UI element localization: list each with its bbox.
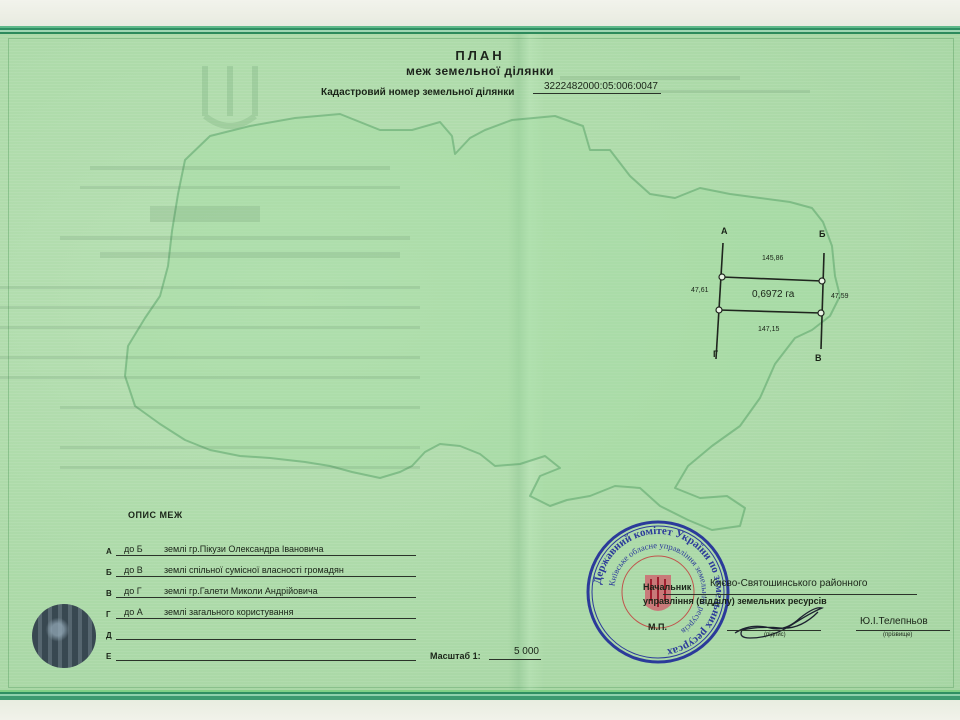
- corner-marker: [819, 278, 825, 284]
- document-subtitle: меж земельної ділянки: [0, 64, 960, 78]
- plot-area: 0,6972 га: [752, 289, 794, 300]
- scale-value: 5 000: [489, 645, 541, 660]
- dimension-top: 145,86: [762, 255, 783, 262]
- name-caption: (прізвище): [883, 632, 912, 638]
- bottom-ornamental-band: [0, 690, 960, 700]
- head-label: Начальник: [643, 582, 691, 592]
- corner-label-a: А: [721, 226, 728, 236]
- signature-caption: (підпис): [764, 632, 786, 638]
- dimension-left: 47,61: [691, 287, 709, 294]
- seal-place-label: М.П.: [648, 622, 667, 632]
- scale-label: Масштаб 1:: [430, 651, 481, 661]
- paper-top-margin: [0, 0, 960, 26]
- corner-label-g: Г: [713, 349, 718, 359]
- district-name: Києво-Святошинського районного: [710, 578, 868, 589]
- corner-label-v: В: [815, 353, 822, 363]
- hologram-seal: [32, 604, 96, 668]
- boundary-row: Д: [106, 626, 416, 640]
- name-line: [856, 618, 950, 631]
- signature-line: [727, 618, 821, 631]
- boundary-row: Е: [106, 647, 416, 661]
- boundary-row: Г до А землі загального користування: [106, 605, 416, 619]
- boundary-row: Б до В землі спільної сумісної власності…: [106, 563, 416, 577]
- corner-label-b: Б: [819, 229, 825, 239]
- corner-marker: [716, 307, 722, 313]
- boundary-row: А до Б землі гр.Пікузи Олександра Іванов…: [106, 542, 416, 556]
- document-title: ПЛАН: [0, 48, 960, 63]
- cadastral-number-value: 3222482000:05:006:0047: [533, 80, 661, 94]
- boundaries-title: ОПИС МЕЖ: [128, 510, 183, 520]
- dimension-bottom: 147,15: [758, 326, 779, 333]
- boundary-row: В до Г землі гр.Галети Миколи Андрійович…: [106, 584, 416, 598]
- cadastral-number-label: Кадастровий номер земельної ділянки: [321, 87, 514, 98]
- corner-marker: [818, 310, 824, 316]
- paper-bottom-margin: [0, 700, 960, 720]
- corner-marker: [719, 274, 725, 280]
- dimension-right: 47,59: [831, 293, 849, 300]
